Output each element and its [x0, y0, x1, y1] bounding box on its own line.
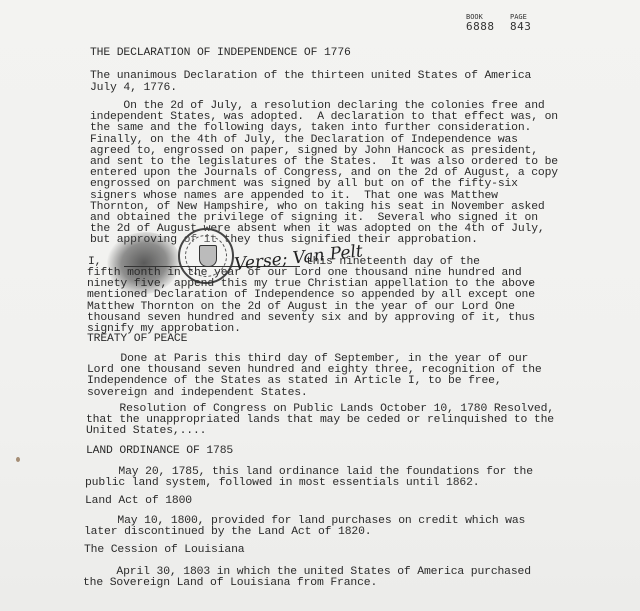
intro-line: July 4, 1776. — [90, 82, 177, 94]
text-line: sovereign and independent States. — [87, 387, 308, 399]
text-line: mentioned Declaration of Independence so… — [87, 289, 535, 301]
text-line: May 10, 1800, provided for land purchase… — [84, 515, 525, 527]
text-line: Independence of the States as stated in … — [87, 375, 502, 387]
text-line: thousand seven hundred and seventy six a… — [87, 312, 535, 324]
text-line: independent States, was adopted. A decla… — [90, 111, 558, 123]
heading-treaty-of-peace: TREATY OF PEACE — [87, 333, 187, 345]
text-line: Done at Paris this third day of Septembe… — [87, 353, 528, 365]
text-line: United States,.... — [86, 425, 206, 437]
document-title: THE DECLARATION OF INDEPENDENCE OF 1776 — [90, 47, 351, 59]
page-number: 843 — [510, 21, 531, 33]
text-line: Resolution of Congress on Public Lands O… — [86, 403, 554, 415]
text-line: Thornton, of New Hampshire, who on takin… — [90, 201, 545, 213]
text-line: agreed to, engrossed on paper, signed by… — [90, 145, 538, 157]
heading-land-ordinance: LAND ORDINANCE OF 1785 — [86, 445, 233, 457]
heading-cession-of-louisiana: The Cession of Louisiana — [84, 544, 244, 556]
text-line: Finally, on the 4th of July, the Declara… — [90, 134, 518, 146]
text-line: that the unappropriated lands that may b… — [86, 414, 554, 426]
text-line: the same and the following days, taken i… — [90, 122, 531, 134]
scanned-document-page: BOOK 6888 PAGE 843 THE DECLARATION OF IN… — [0, 0, 640, 611]
text-line: entered upon the Journals of Congress, a… — [90, 167, 558, 179]
text-line: public land system, followed in most ess… — [85, 477, 479, 489]
text-line: and sent to the legislatures of the Stat… — [90, 156, 558, 168]
paper-stain — [16, 457, 20, 462]
heading-land-act: Land Act of 1800 — [85, 495, 192, 507]
text-line: ninety five, append this my true Christi… — [87, 278, 535, 290]
text-line: Lord one thousand seven hundred and eigh… — [87, 364, 542, 376]
text-line: On the 2d of July, a resolution declarin… — [90, 100, 545, 112]
text-line: engrossed on parchment was signed by all… — [90, 178, 518, 190]
text-line: later discontinued by the Land Act of 18… — [84, 526, 371, 538]
intro-line: The unanimous Declaration of the thirtee… — [90, 70, 531, 82]
paper-speck — [530, 282, 532, 284]
text-line: the Sovereign Land of Louisiana from Fra… — [83, 577, 377, 589]
text-line: May 20, 1785, this land ordinance laid t… — [85, 466, 533, 478]
page-stamp: PAGE 843 — [510, 13, 531, 33]
text-line: and obtained the privilege of signing it… — [90, 212, 538, 224]
book-number: 6888 — [466, 21, 495, 33]
text-line: fifth month in the year of our Lord one … — [87, 267, 522, 279]
text-line: April 30, 1803 in which the united State… — [83, 566, 531, 578]
book-stamp: BOOK 6888 — [466, 13, 495, 33]
text-line: Matthew Thornton on the 2d of August in … — [87, 301, 515, 313]
text-line: signers whose names are appended to it. … — [90, 190, 498, 202]
